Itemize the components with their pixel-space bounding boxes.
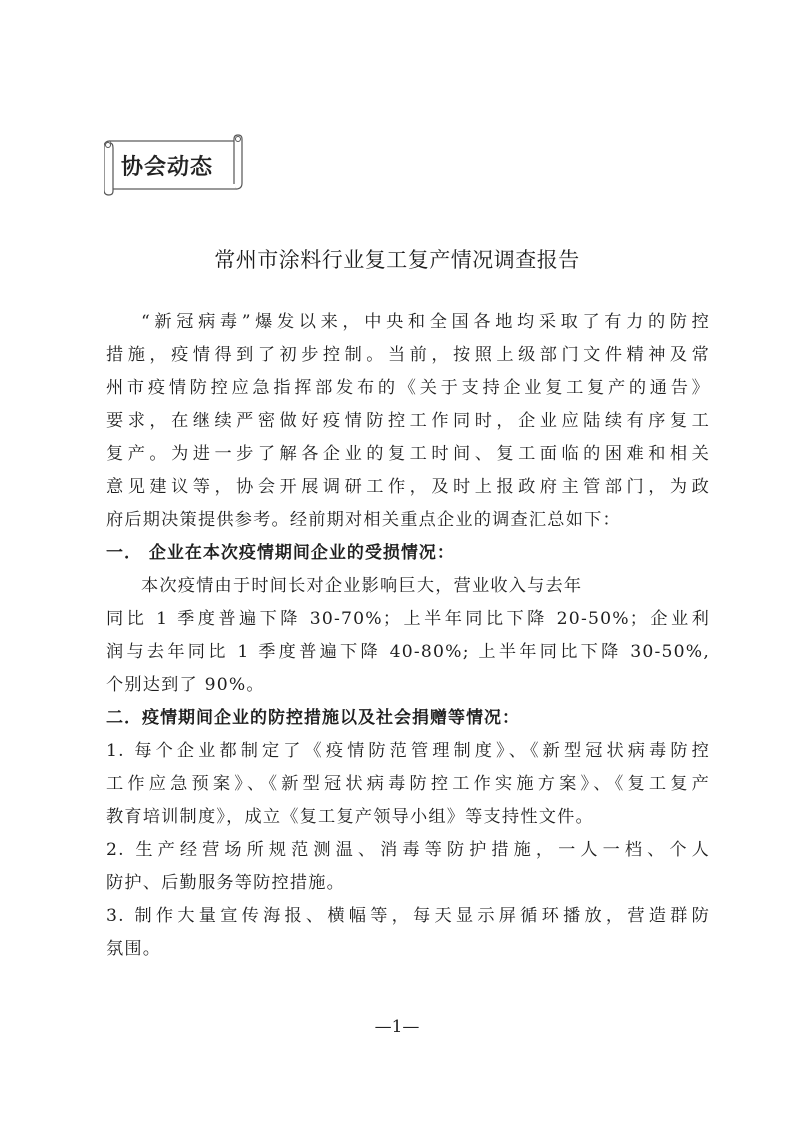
list-item-2-line: 防护、后勤服务等防控措施。 bbox=[106, 867, 710, 900]
section-heading-1: 一． 企业在本次疫情期间企业的受损情况： bbox=[106, 537, 710, 570]
text-line: 同比 1 季度普遍下降 30-70%；上半年同比下降 20-50%；企业利 bbox=[106, 603, 710, 636]
text-line: 个别达到了 90%。 bbox=[106, 669, 710, 702]
list-item-1-line: 1. 每个企业都制定了《疫情防范管理制度》、《新型冠状病毒防控 bbox=[106, 735, 710, 768]
list-item-3-line: 氛围。 bbox=[106, 933, 710, 966]
list-item-1-line: 工作应急预案》、《新型冠状病毒防控工作实施方案》、《复工复产 bbox=[106, 768, 710, 801]
section-heading-2: 二．疫情期间企业的防控措施以及社会捐赠等情况： bbox=[106, 702, 710, 735]
text-line: 要求，在继续严密做好疫情防控工作同时，企业应陆续有序复工 bbox=[106, 405, 710, 438]
text-line: 本次疫情由于时间长对企业影响巨大，营业收入与去年 bbox=[106, 570, 710, 603]
list-item-2-line: 2. 生产经营场所规范测温、消毒等防护措施，一人一档、个人 bbox=[106, 834, 710, 867]
section-banner: 协会动态 bbox=[104, 134, 244, 196]
list-item-1-line: 教育培训制度》，成立《复工复产领导小组》等支持性文件。 bbox=[106, 801, 710, 834]
text-line: 复产。为进一步了解各企业的复工时间、复工面临的困难和相关 bbox=[106, 438, 710, 471]
list-item-3-line: 3. 制作大量宣传海报、横幅等，每天显示屏循环播放，营造群防 bbox=[106, 900, 710, 933]
intro-paragraph: “新冠病毒”爆发以来，中央和全国各地均采取了有力的防控 措施，疫情得到了初步控制… bbox=[106, 306, 710, 966]
text-line: “新冠病毒”爆发以来，中央和全国各地均采取了有力的防控 bbox=[106, 306, 710, 339]
text-line: 意见建议等，协会开展调研工作，及时上报政府主管部门，为政 bbox=[106, 471, 710, 504]
text-line: 州市疫情防控应急指挥部发布的《关于支持企业复工复产的通告》 bbox=[106, 372, 710, 405]
text-line: 府后期决策提供参考。经前期对相关重点企业的调查汇总如下： bbox=[106, 504, 710, 537]
page-number: —1— bbox=[0, 1017, 794, 1037]
text-line: 措施，疫情得到了初步控制。当前，按照上级部门文件精神及常 bbox=[106, 339, 710, 372]
document-title: 常州市涂料行业复工复产情况调查报告 bbox=[0, 244, 794, 274]
banner-label: 协会动态 bbox=[121, 150, 213, 181]
text-line: 润与去年同比 1 季度普遍下降 40-80%; 上半年同比下降 30-50%, bbox=[106, 636, 710, 669]
